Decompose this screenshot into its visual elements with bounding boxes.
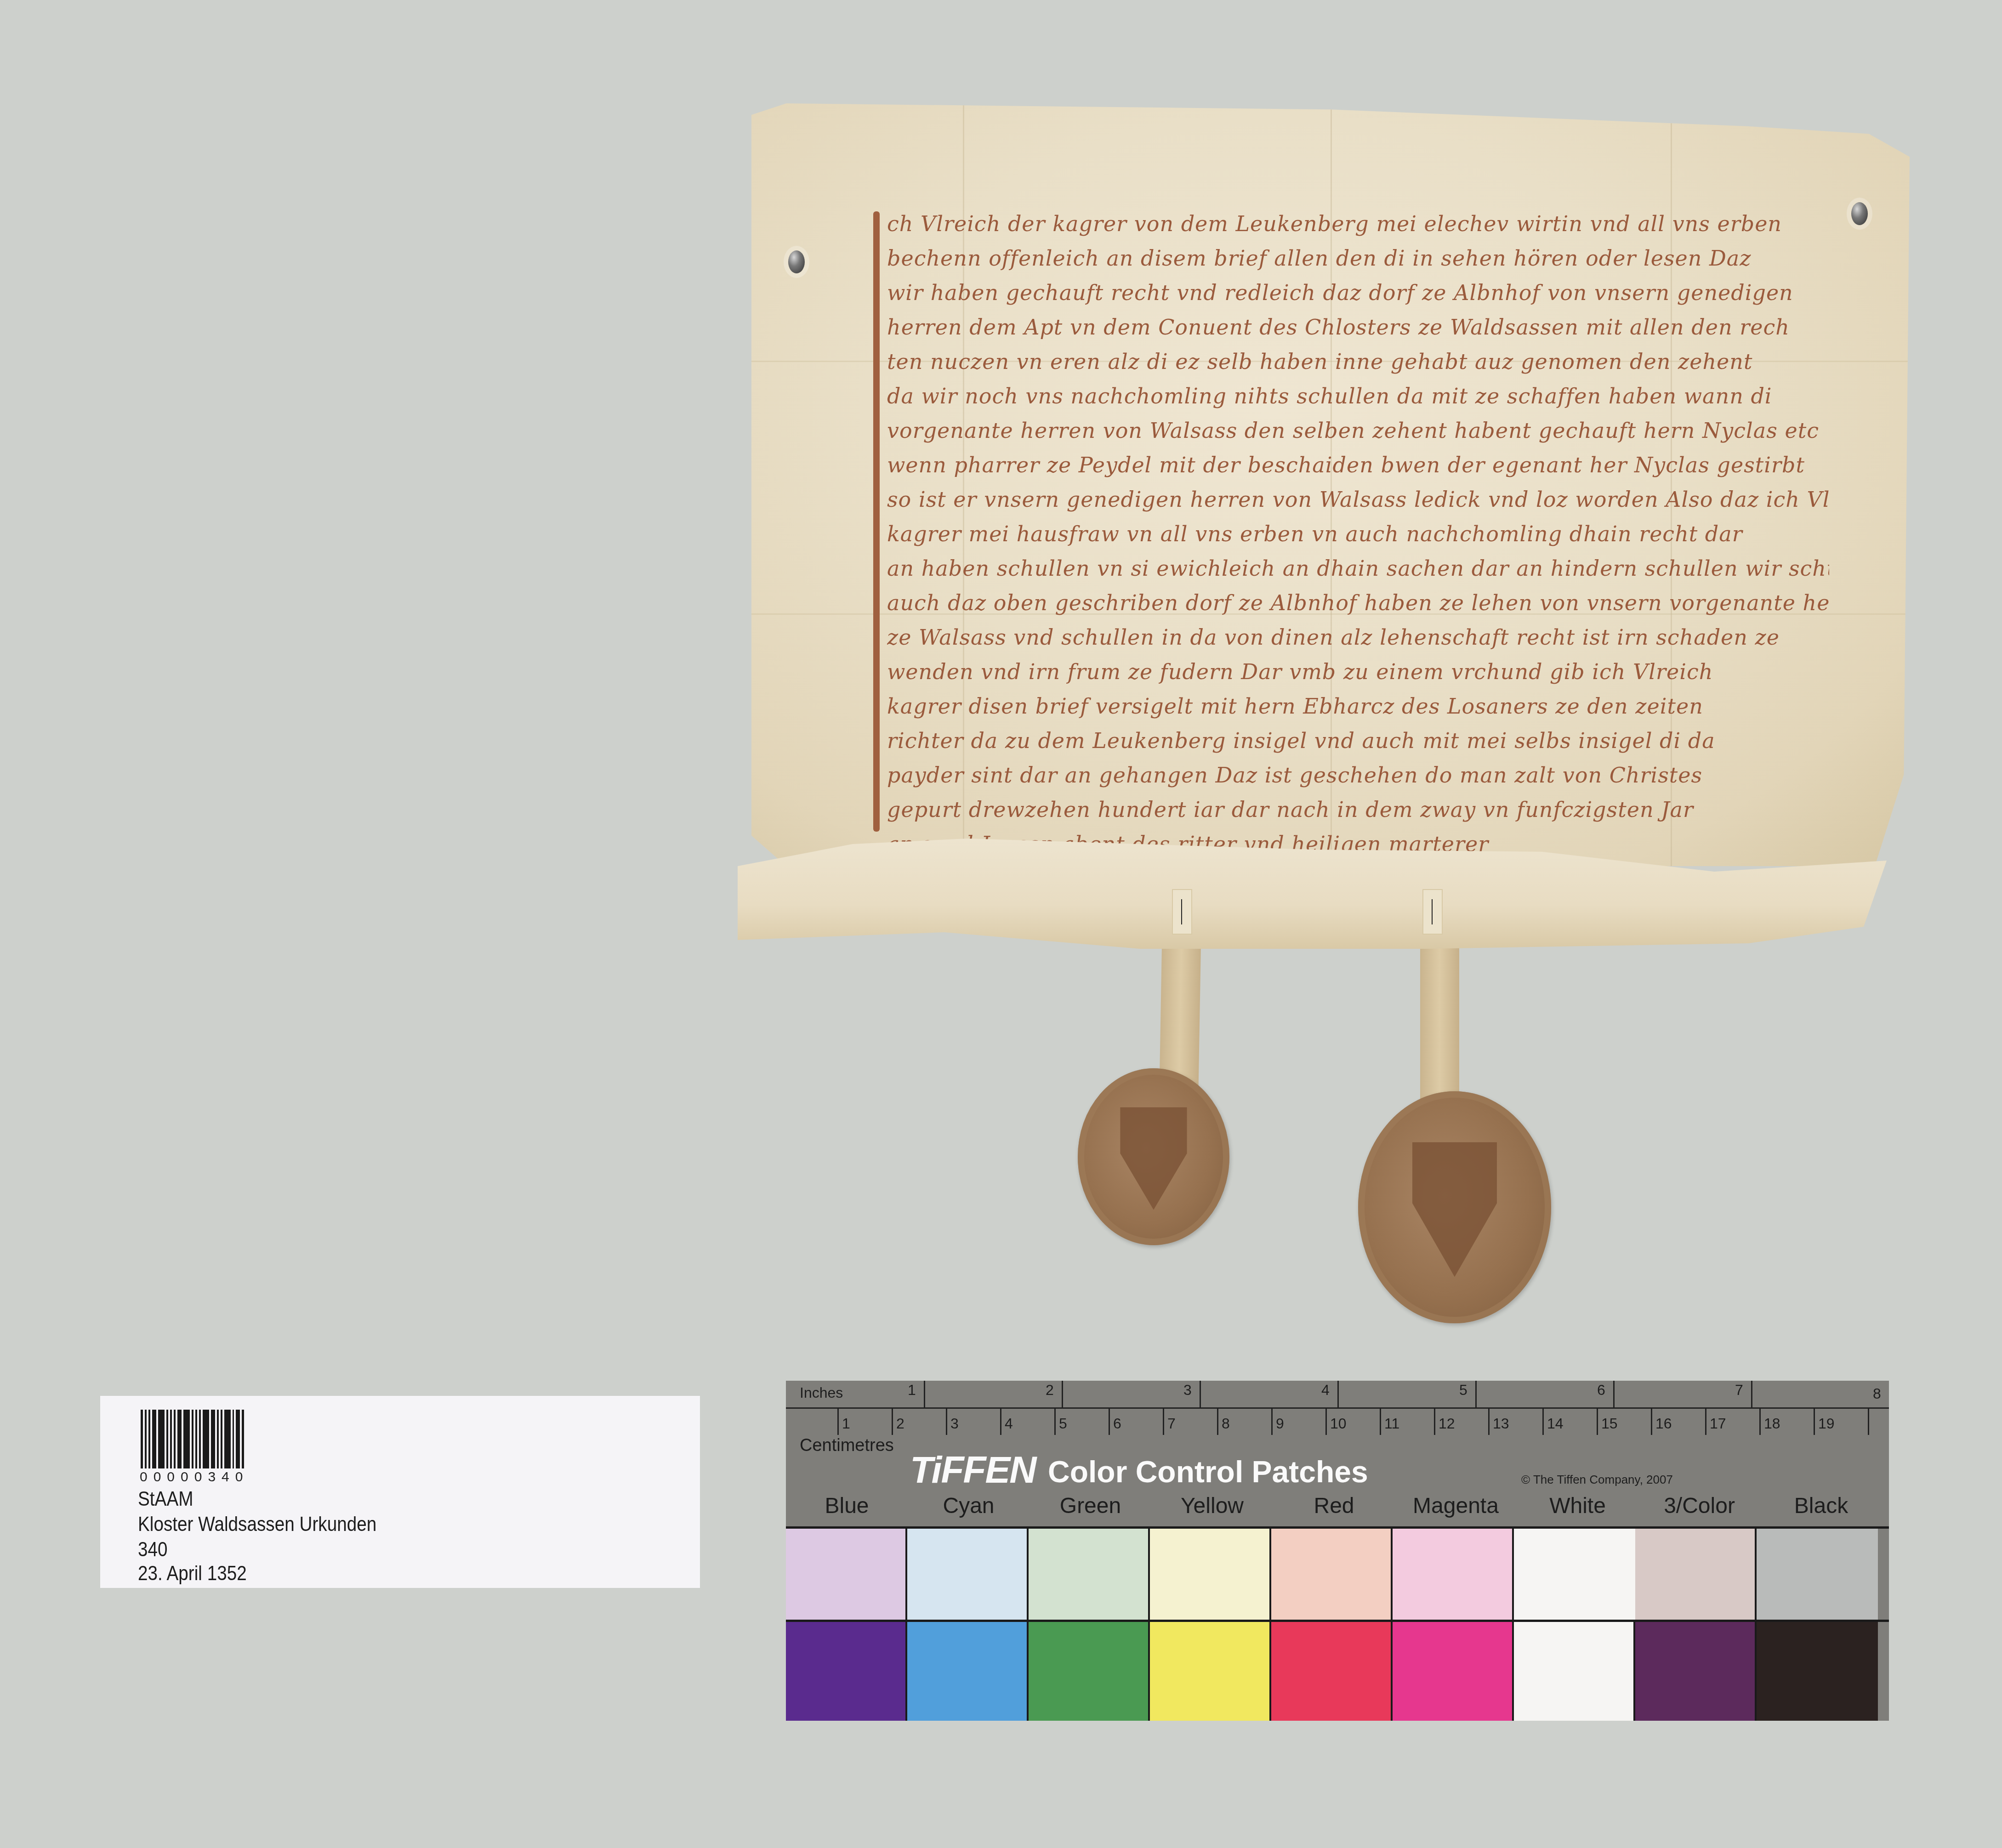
patch-black-light bbox=[1757, 1529, 1878, 1620]
text-line: payder sint dar an gehangen Daz ist gesc… bbox=[887, 758, 1829, 793]
patch-blue-dark bbox=[786, 1622, 907, 1721]
inch-tick-label: 1 bbox=[908, 1382, 916, 1399]
text-line: da wir noch vns nachchomling nihts schul… bbox=[887, 379, 1829, 414]
cm-tick-label: 16 bbox=[1655, 1415, 1672, 1432]
ruler-tick bbox=[1200, 1381, 1201, 1407]
mounting-pin-icon bbox=[1851, 202, 1868, 225]
centimetres-label: Centimetres bbox=[800, 1436, 894, 1456]
patch-label-green: Green bbox=[1029, 1493, 1151, 1519]
ruler-tick bbox=[1759, 1407, 1761, 1435]
text-line: wir haben gechauft recht vnd redleich da… bbox=[887, 276, 1829, 310]
slot-mark bbox=[1432, 899, 1433, 924]
fonds-name: Kloster Waldsassen Urkunden bbox=[138, 1513, 376, 1536]
text-line: ten nuczen vn eren alz di ez selb haben … bbox=[887, 345, 1829, 379]
patch-green-dark bbox=[1029, 1622, 1150, 1721]
inch-tick-label: 4 bbox=[1321, 1382, 1330, 1399]
cm-tick-label: 3 bbox=[950, 1415, 959, 1432]
patch-label-cyan: Cyan bbox=[908, 1493, 1029, 1519]
patch-black-dark bbox=[1757, 1622, 1878, 1721]
patch-3color-dark bbox=[1635, 1622, 1757, 1721]
mounting-pin-icon bbox=[788, 250, 805, 273]
ruler-tick bbox=[1597, 1407, 1598, 1435]
text-line: ch Vlreich der kagrer von dem Leukenberg… bbox=[887, 207, 1829, 241]
text-line: wenden vnd irn frum ze fudern Dar vmb zu… bbox=[887, 655, 1829, 689]
cm-tick-label: 2 bbox=[896, 1415, 904, 1432]
cm-tick-label: 8 bbox=[1222, 1415, 1230, 1432]
patch-blue-light bbox=[786, 1529, 907, 1620]
cm-tick-label: 13 bbox=[1493, 1415, 1509, 1432]
cm-tick-label: 14 bbox=[1547, 1415, 1564, 1432]
inches-label: Inches bbox=[800, 1384, 843, 1401]
cm-tick-label: 18 bbox=[1764, 1415, 1780, 1432]
patch-red-light bbox=[1271, 1529, 1393, 1620]
patch-3color-light bbox=[1635, 1529, 1757, 1620]
light-patch-row bbox=[786, 1529, 1878, 1620]
text-line: bechenn offenleich an disem brief allen … bbox=[887, 241, 1829, 276]
cm-tick-label: 9 bbox=[1276, 1415, 1284, 1432]
patch-cyan-dark bbox=[907, 1622, 1029, 1721]
ruler-tick bbox=[1325, 1407, 1327, 1435]
cm-tick-label: 15 bbox=[1601, 1415, 1618, 1432]
inch-tick-label: 2 bbox=[1046, 1382, 1054, 1399]
patch-label-red: Red bbox=[1273, 1493, 1395, 1519]
ruler-line bbox=[786, 1407, 1889, 1409]
text-line: kagrer disen brief versigelt mit hern Eb… bbox=[887, 689, 1829, 724]
cm-tick-label: 10 bbox=[1330, 1415, 1347, 1432]
inch-tick-label: 5 bbox=[1459, 1382, 1467, 1399]
coat-of-arms-shield-icon bbox=[1412, 1142, 1497, 1277]
barcode-icon bbox=[141, 1410, 246, 1468]
inch-tick-label: 7 bbox=[1735, 1382, 1743, 1399]
wax-seal-right bbox=[1358, 1091, 1551, 1323]
ruler-tick bbox=[1751, 1381, 1752, 1407]
ruler-tick bbox=[1109, 1407, 1110, 1435]
inch-tick-label: 8 bbox=[1873, 1385, 1881, 1402]
card-title: Color Control Patches bbox=[1048, 1454, 1368, 1489]
slot-mark bbox=[1181, 899, 1182, 924]
ruler-tick bbox=[1000, 1407, 1001, 1435]
patch-white bbox=[1514, 1529, 1635, 1620]
ruler-tick bbox=[1475, 1381, 1477, 1407]
cm-tick-label: 12 bbox=[1439, 1415, 1455, 1432]
patch-magenta-light bbox=[1393, 1529, 1514, 1620]
document-date: 23. April 1352 bbox=[138, 1562, 247, 1585]
cm-tick-label: 17 bbox=[1710, 1415, 1726, 1432]
patch-white-lower bbox=[1514, 1622, 1635, 1721]
ruler-tick bbox=[1380, 1407, 1381, 1435]
cm-tick-label: 11 bbox=[1384, 1415, 1399, 1432]
ruler-tick bbox=[1054, 1407, 1056, 1435]
ruler-tick bbox=[946, 1407, 947, 1435]
text-line: an haben schullen vn si ewichleich an dh… bbox=[887, 551, 1829, 586]
patch-green-light bbox=[1029, 1529, 1150, 1620]
seal-slot bbox=[1422, 889, 1443, 935]
ruler-tick bbox=[892, 1407, 893, 1435]
text-line: herren dem Apt vn dem Conuent des Chlost… bbox=[887, 310, 1829, 345]
text-line: kagrer mei hausfraw vn all vns erben vn … bbox=[887, 517, 1829, 551]
ruler-tick bbox=[837, 1407, 839, 1435]
ruler-tick bbox=[924, 1381, 925, 1407]
patch-red-dark bbox=[1271, 1622, 1393, 1721]
text-line: richter da zu dem Leukenberg insigel vnd… bbox=[887, 724, 1829, 758]
patch-yellow-dark bbox=[1150, 1622, 1271, 1721]
document-number: 340 bbox=[138, 1538, 168, 1561]
patch-magenta-dark bbox=[1393, 1622, 1514, 1721]
patch-label-magenta: Magenta bbox=[1395, 1493, 1517, 1519]
ruler-tick bbox=[1163, 1407, 1164, 1435]
tiffen-logo: TiFFEN bbox=[910, 1449, 1035, 1492]
decorated-initial-I bbox=[873, 211, 880, 832]
charter-text: ch Vlreich der kagrer von dem Leukenberg… bbox=[887, 207, 1829, 862]
text-line: auch daz oben geschriben dorf ze Albnhof… bbox=[887, 586, 1829, 620]
wax-seal-left bbox=[1078, 1068, 1229, 1245]
text-line: ze Walsass vnd schullen in da von dinen … bbox=[887, 620, 1829, 655]
ruler-tick bbox=[1488, 1407, 1490, 1435]
cm-tick-label: 5 bbox=[1059, 1415, 1067, 1432]
cm-tick-label: 7 bbox=[1167, 1415, 1176, 1432]
text-line: so ist er vnsern genedigen herren von Wa… bbox=[887, 482, 1829, 517]
dark-patch-row bbox=[786, 1622, 1878, 1721]
copyright-text: © The Tiffen Company, 2007 bbox=[1521, 1473, 1673, 1487]
patch-label-white: White bbox=[1517, 1493, 1638, 1519]
cm-tick-label: 4 bbox=[1005, 1415, 1013, 1432]
cm-tick-label: 1 bbox=[842, 1415, 850, 1432]
patch-label-blue: Blue bbox=[786, 1493, 908, 1519]
ruler-tick bbox=[1705, 1407, 1706, 1435]
ruler-tick bbox=[1542, 1407, 1544, 1435]
cm-tick-label: 6 bbox=[1113, 1415, 1121, 1432]
ruler-tick bbox=[1868, 1407, 1869, 1435]
ruler-tick bbox=[1651, 1407, 1652, 1435]
text-line: vorgenante herren von Walsass den selben… bbox=[887, 414, 1829, 448]
ruler-tick bbox=[1613, 1381, 1615, 1407]
patch-label-3color: 3/Color bbox=[1638, 1493, 1760, 1519]
inch-tick-label: 3 bbox=[1183, 1382, 1192, 1399]
patch-label-black: Black bbox=[1760, 1493, 1882, 1519]
ruler-tick bbox=[1814, 1407, 1815, 1435]
barcode-digits: 00000340 bbox=[140, 1469, 232, 1485]
patch-label-yellow: Yellow bbox=[1151, 1493, 1273, 1519]
seal-slot bbox=[1172, 889, 1192, 935]
archive-name: StAAM bbox=[138, 1488, 193, 1511]
inch-tick-label: 6 bbox=[1597, 1382, 1605, 1399]
archive-label: 00000340 StAAM Kloster Waldsassen Urkund… bbox=[100, 1396, 700, 1588]
text-line: wenn pharrer ze Peydel mit der beschaide… bbox=[887, 448, 1829, 482]
text-line: gepurt drewzehen hundert iar dar nach in… bbox=[887, 793, 1829, 827]
ruler-tick bbox=[1271, 1407, 1273, 1435]
ruler-tick bbox=[1434, 1407, 1435, 1435]
cm-tick-label: 19 bbox=[1818, 1415, 1835, 1432]
patch-yellow-light bbox=[1150, 1529, 1271, 1620]
tiffen-color-card: Inches 1 2 3 4 5 6 7 8 1 2 3 4 5 6 7 8 9… bbox=[786, 1381, 1889, 1721]
coat-of-arms-shield-icon bbox=[1120, 1107, 1187, 1210]
patch-cyan-light bbox=[907, 1529, 1029, 1620]
ruler-tick bbox=[1337, 1381, 1339, 1407]
ruler-tick bbox=[1062, 1381, 1063, 1407]
ruler-tick bbox=[1217, 1407, 1218, 1435]
